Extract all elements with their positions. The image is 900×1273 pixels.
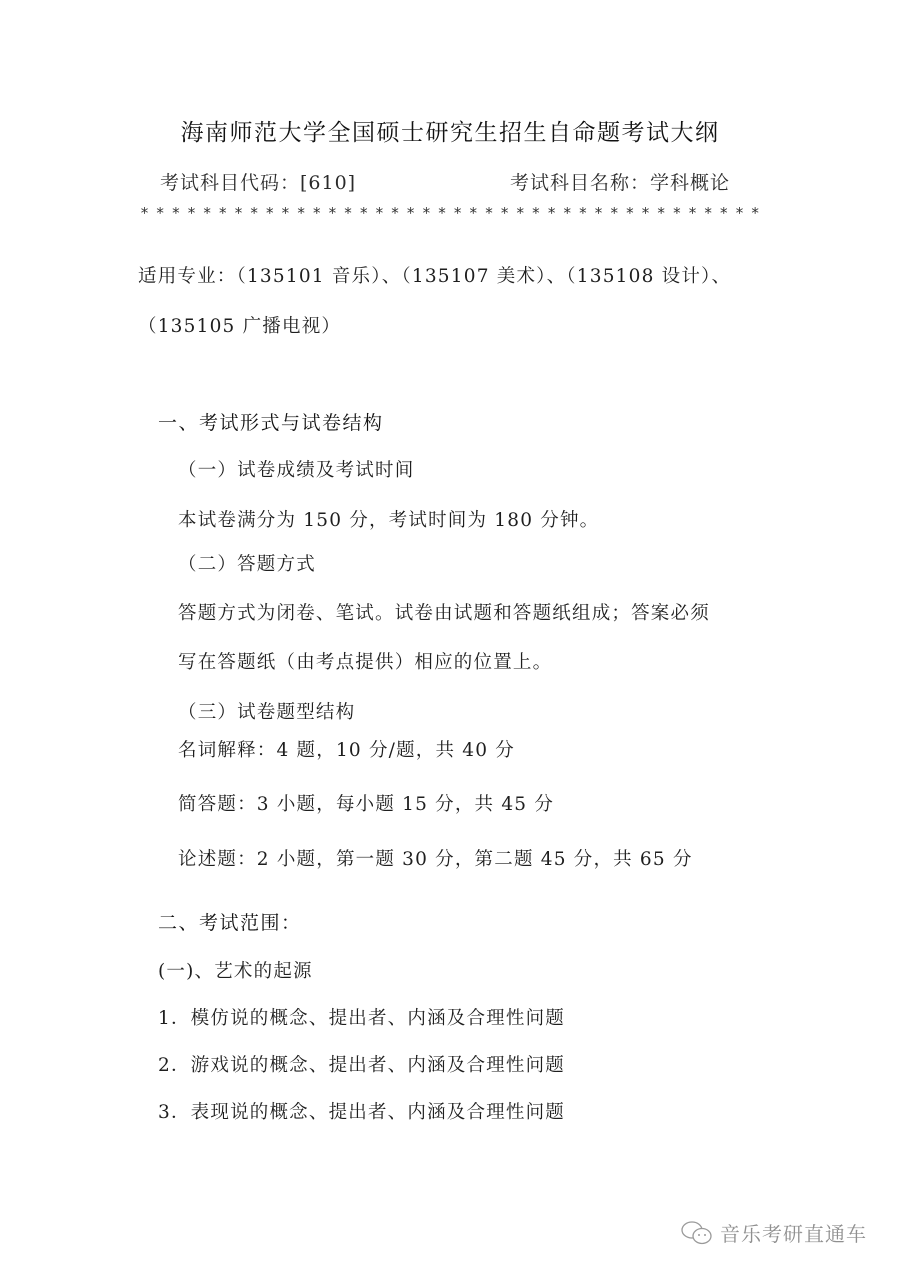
separator-star: *	[218, 204, 227, 222]
separator-star: *	[657, 204, 666, 222]
section1-heading: 一、考试形式与试卷结构	[158, 408, 384, 435]
section1-sub2-text-line2: 写在答题纸（由考点提供）相应的位置上。	[178, 648, 552, 674]
watermark: 音乐考研直通车	[680, 1218, 867, 1247]
section1-sub1-text: 本试卷满分为 150 分，考试时间为 180 分钟。	[178, 506, 599, 532]
separator-star: *	[375, 204, 384, 222]
wechat-icon	[680, 1220, 714, 1246]
separator-star: *	[234, 204, 243, 222]
separator-star: *	[156, 204, 165, 222]
separator-star: *	[641, 204, 650, 222]
separator-star: *	[704, 204, 713, 222]
question-type-item: 简答题：3 小题，每小题 15 分，共 45 分	[178, 790, 554, 816]
separator-star: *	[719, 204, 728, 222]
separator-star: *	[469, 204, 478, 222]
separator-star: *	[171, 204, 180, 222]
separator-star: *	[453, 204, 462, 222]
subject-code: 考试科目代码：[610]	[160, 168, 356, 195]
scope-item: 2．游戏说的概念、提出者、内涵及合理性问题	[158, 1051, 565, 1077]
separator-star: *	[422, 204, 431, 222]
separator-star: *	[281, 204, 290, 222]
subject-name: 考试科目名称：学科概论	[510, 168, 730, 195]
separator-star: *	[531, 204, 540, 222]
separator-star: *	[610, 204, 619, 222]
separator-star: *	[500, 204, 509, 222]
document-title: 海南师范大学全国硕士研究生招生自命题考试大纲	[0, 114, 900, 147]
separator-star: *	[625, 204, 634, 222]
question-type-item: 论述题：2 小题，第一题 30 分，第二题 45 分，共 65 分	[178, 845, 693, 871]
separator-star: *	[297, 204, 306, 222]
separator-star: *	[140, 204, 149, 222]
separator-star: *	[578, 204, 587, 222]
section1-sub2-text-line1: 答题方式为闭卷、笔试。试卷由试题和答题纸组成；答案必须	[178, 599, 710, 625]
scope-item: 1．模仿说的概念、提出者、内涵及合理性问题	[158, 1004, 565, 1030]
section1-sub2-heading: （二）答题方式	[178, 550, 316, 576]
separator-star: *	[265, 204, 274, 222]
separator-star: *	[406, 204, 415, 222]
watermark-text: 音乐考研直通车	[720, 1218, 867, 1247]
separator-star: *	[187, 204, 196, 222]
separator-star: *	[203, 204, 212, 222]
separator-star: *	[391, 204, 400, 222]
separator-star: *	[516, 204, 525, 222]
separator-star: *	[735, 204, 744, 222]
separator-star: *	[484, 204, 493, 222]
separator-star: *	[344, 204, 353, 222]
separator-star: *	[328, 204, 337, 222]
separator-star: *	[437, 204, 446, 222]
separator-star: *	[312, 204, 321, 222]
separator-star: *	[751, 204, 760, 222]
separator-star: *	[359, 204, 368, 222]
separator-star: *	[688, 204, 697, 222]
applicable-majors-line1: 适用专业：（135101 音乐）、（135107 美术）、（135108 设计）…	[138, 262, 731, 288]
separator-star: *	[563, 204, 572, 222]
applicable-majors-line2: （135105 广播电视）	[138, 312, 341, 338]
separator-star: *	[250, 204, 259, 222]
separator-star: *	[547, 204, 556, 222]
separator-star: *	[672, 204, 681, 222]
section1-sub1-heading: （一）试卷成绩及考试时间	[178, 456, 414, 482]
separator-line: ****************************************	[140, 204, 760, 222]
section2-heading: 二、考试范围：	[158, 908, 302, 935]
section2-sub1-heading: (一)、艺术的起源	[158, 957, 313, 983]
question-type-item: 名词解释：4 题，10 分/题，共 40 分	[178, 736, 515, 762]
scope-item: 3．表现说的概念、提出者、内涵及合理性问题	[158, 1098, 565, 1124]
separator-star: *	[594, 204, 603, 222]
section1-sub3-heading: （三）试卷题型结构	[178, 698, 355, 724]
